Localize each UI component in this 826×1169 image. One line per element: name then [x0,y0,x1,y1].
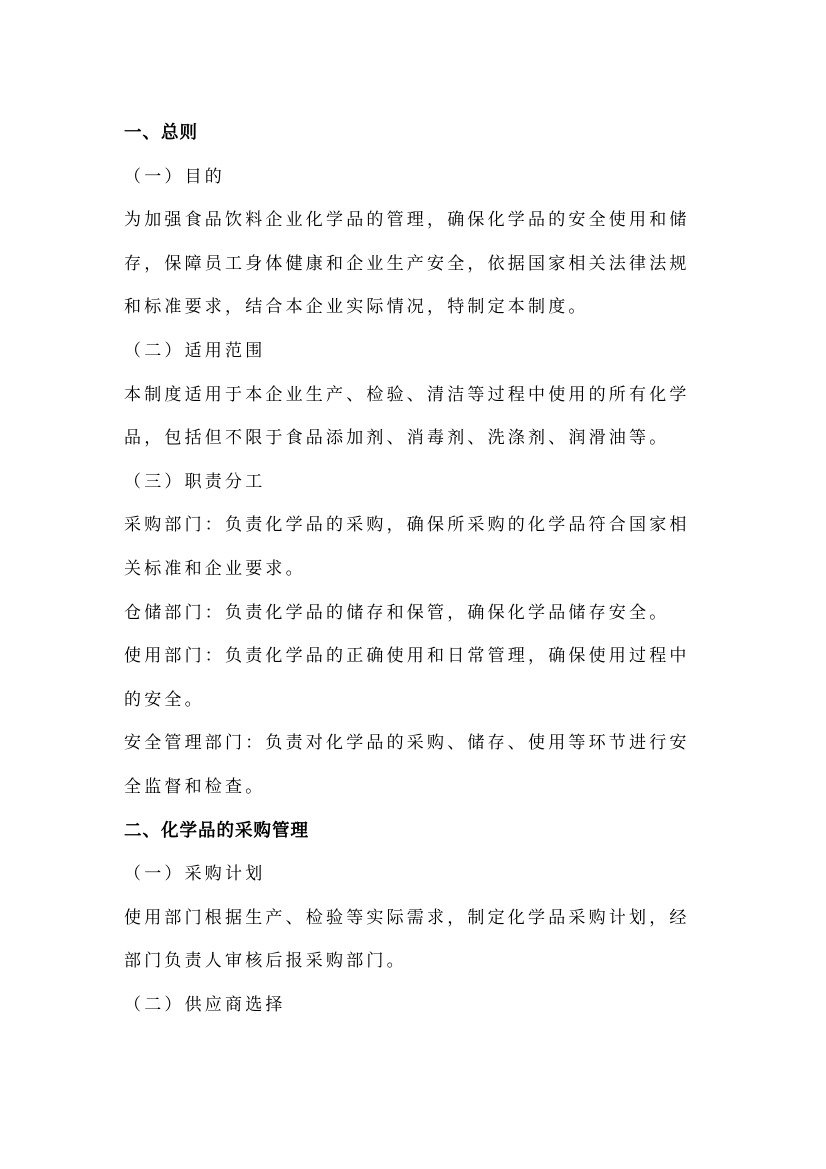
paragraph-scope: 本制度适用于本企业生产、检验、清洁等过程中使用的所有化学 品，包括但不限于食品添… [124,380,690,467]
subheading-procurement-plan: （一）采购计划 [124,859,690,903]
subheading-purpose: （一）目的 [124,162,690,206]
text-line: 品，包括但不限于食品添加剂、消毒剂、洗涤剂、润滑油等。 [124,423,690,467]
paragraph-user-dept: 使用部门：负责化学品的正确使用和日常管理，确保使用过程中 的安全。 [124,641,690,728]
section-heading-general: 一、总则 [124,118,690,162]
document-page: 一、总则 （一）目的 为加强食品饮料企业化学品的管理，确保化学品的安全使用和储 … [124,118,690,1033]
paragraph-procurement-plan: 使用部门根据生产、检验等实际需求，制定化学品采购计划，经 部门负责人审核后报采购… [124,903,690,990]
text-line: 的安全。 [124,685,690,729]
text-line: 为加强食品饮料企业化学品的管理，确保化学品的安全使用和储 [124,205,690,249]
text-line: 仓储部门：负责化学品的储存和保管，确保化学品储存安全。 [124,598,690,642]
text-line: 全监督和检查。 [124,772,690,816]
section-heading-procurement: 二、化学品的采购管理 [124,816,690,860]
subheading-supplier-selection: （二）供应商选择 [124,990,690,1034]
subheading-responsibilities: （三）职责分工 [124,467,690,511]
text-line: 和标准要求，结合本企业实际情况，特制定本制度。 [124,292,690,336]
text-line: 本制度适用于本企业生产、检验、清洁等过程中使用的所有化学 [124,380,690,424]
subheading-scope: （二）适用范围 [124,336,690,380]
paragraph-purchasing-dept: 采购部门：负责化学品的采购，确保所采购的化学品符合国家相 关标准和企业要求。 [124,510,690,597]
text-line: 采购部门：负责化学品的采购，确保所采购的化学品符合国家相 [124,510,690,554]
text-line: 使用部门根据生产、检验等实际需求，制定化学品采购计划，经 [124,903,690,947]
text-line: 部门负责人审核后报采购部门。 [124,946,690,990]
text-line: 使用部门：负责化学品的正确使用和日常管理，确保使用过程中 [124,641,690,685]
text-line: 存，保障员工身体健康和企业生产安全，依据国家相关法律法规 [124,249,690,293]
paragraph-warehouse-dept: 仓储部门：负责化学品的储存和保管，确保化学品储存安全。 [124,598,690,642]
paragraph-safety-dept: 安全管理部门：负责对化学品的采购、储存、使用等环节进行安 全监督和检查。 [124,728,690,815]
paragraph-purpose: 为加强食品饮料企业化学品的管理，确保化学品的安全使用和储 存，保障员工身体健康和… [124,205,690,336]
text-line: 安全管理部门：负责对化学品的采购、储存、使用等环节进行安 [124,728,690,772]
text-line: 关标准和企业要求。 [124,554,690,598]
